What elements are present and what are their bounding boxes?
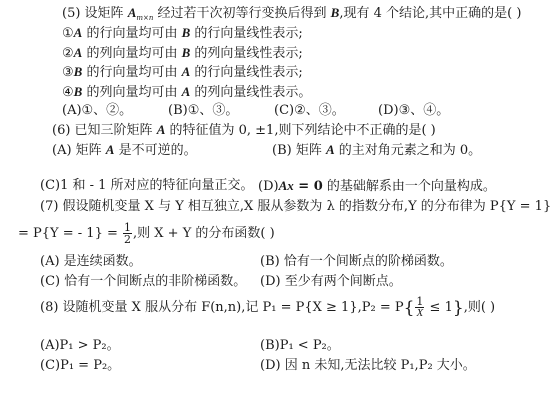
q5-option-b[interactable]: (B)①、③。 <box>168 103 238 119</box>
q5-option-d[interactable]: (D)③、④。 <box>378 103 449 119</box>
q6-stem: (6) 已知三阶矩阵 A 的特征值为 0, ±1,则下列结论中不正确的是( ) <box>52 122 436 139</box>
q5-item-4: ④B 的列向量均可由 A 的列向量线性表示。 <box>62 84 311 101</box>
q8-option-c[interactable]: (C)P₁ = P₂。 <box>40 358 120 374</box>
q5-item-1: ①A 的行向量均可由 B 的行向量线性表示; <box>62 25 303 42</box>
q6-option-a[interactable]: (A) 矩阵 A 是不可逆的。 <box>52 142 197 159</box>
q7-option-a[interactable]: (A) 是连续函数。 <box>40 254 142 270</box>
q5-stem: (5) 设矩阵 Am×n 经过若干次初等行变换后得到 B,现有 4 个结论,其中… <box>62 5 521 26</box>
q8-option-a[interactable]: (A)P₁ > P₂。 <box>40 338 120 354</box>
q5-item-2: ②A 的列向量均可由 B 的列向量线性表示; <box>62 45 303 62</box>
q6-option-c[interactable]: (C)1 和 - 1 所对应的特征向量正交。 <box>40 178 254 194</box>
q6-option-b[interactable]: (B) 矩阵 A 的主对角元素之和为 0。 <box>272 142 481 159</box>
q8-stem: (8) 设随机变量 X 服从分布 F(n,n),记 P₁ = P{X ≥ 1},… <box>40 296 495 320</box>
fraction-one-half: 12 <box>123 222 132 245</box>
q5-option-a[interactable]: (A)①、②。 <box>62 103 132 119</box>
q7-option-c[interactable]: (C) 恰有一个间断点的非阶梯函数。 <box>40 274 246 290</box>
q5-option-c[interactable]: (C)②、③。 <box>274 103 345 119</box>
q7-stem-line2: = P{Y = - 1} = 12,则 X + Y 的分布函数( ) <box>18 222 275 245</box>
q7-option-d[interactable]: (D) 至少有两个间断点。 <box>260 274 402 290</box>
q5-item-3: ③B 的行向量均可由 A 的行向量线性表示; <box>62 64 303 81</box>
q8-option-d[interactable]: (D) 因 n 未知,无法比较 P₁,P₂ 大小。 <box>260 358 476 374</box>
q8-option-b[interactable]: (B)P₁ < P₂。 <box>260 338 340 354</box>
q7-option-b[interactable]: (B) 恰有一个间断点的阶梯函数。 <box>260 254 453 270</box>
fraction-one-over-x: 1X <box>415 296 424 319</box>
q6-option-d[interactable]: (D)Ax = 0 的基础解系由一个向量构成。 <box>258 178 496 195</box>
q7-stem-line1: (7) 假设随机变量 X 与 Y 相互独立,X 服从参数为 λ 的指数分布,Y … <box>40 199 551 215</box>
